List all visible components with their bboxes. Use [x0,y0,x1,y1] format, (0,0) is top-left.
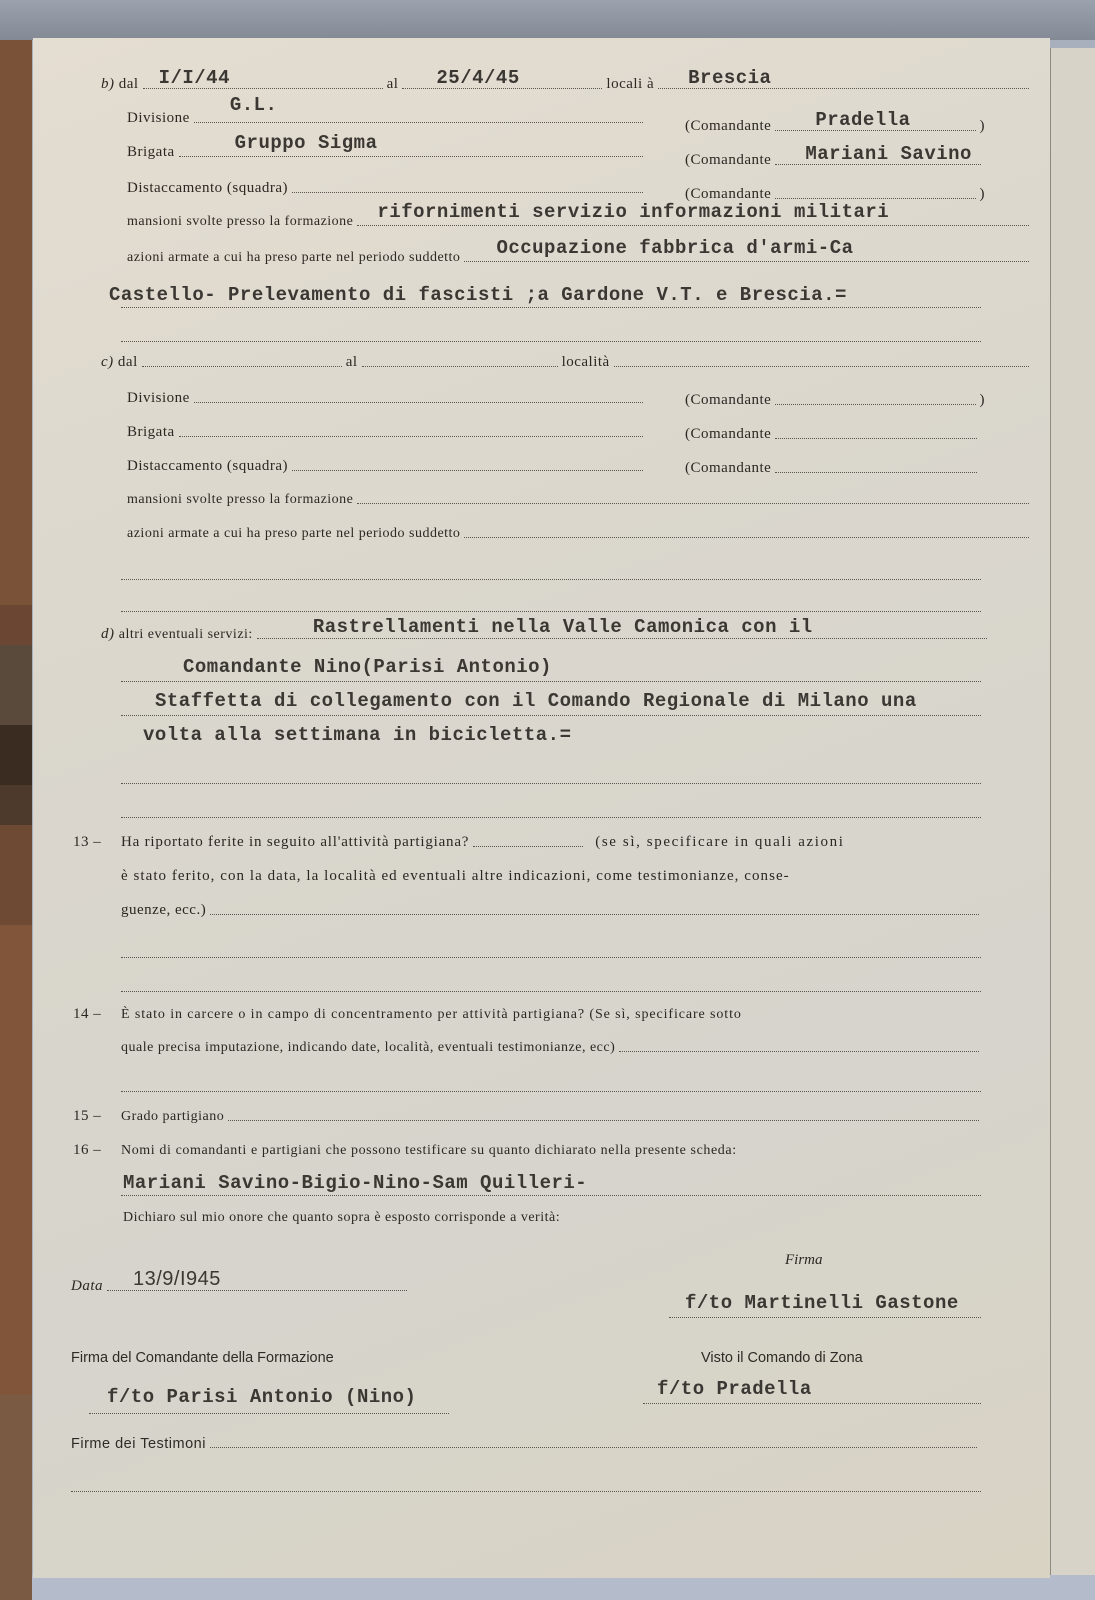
azioni-value-2: Castello- Prelevamento di fascisti ;a Ga… [109,284,847,306]
section-b-distaccamento-row: Distaccamento (squadra) [127,180,647,197]
distaccamento-label: Distaccamento (squadra) [127,180,288,197]
comandante-label: (Comandante [685,152,771,169]
q16-row: 16 – Nomi di comandanti e partigiani che… [73,1142,983,1159]
comandante-label: (Comandante [685,426,771,443]
brigata-label: Brigata [127,144,175,161]
comandante-label: (Comandante [685,460,771,477]
al-field[interactable]: 25/4/45 [402,87,602,89]
section-b-mansioni-row: mansioni svolte presso la formazione rif… [127,214,1033,230]
q14-row-2: quale precisa imputazione, indicando dat… [121,1040,983,1056]
q14-detail-field[interactable] [619,1050,979,1052]
section-c-mansioni-row: mansioni svolte presso la formazione [127,492,1033,508]
firma-label: Firma [785,1252,823,1269]
altri-servizi-rule-6[interactable] [121,816,981,818]
binder-edge [0,40,32,1600]
comandante-formazione-value: f/to Parisi Antonio (Nino) [107,1386,416,1408]
al-value: 25/4/45 [436,67,519,89]
testimoni-field[interactable] [210,1446,977,1448]
distaccamento-comandante-field[interactable] [775,197,975,199]
divisione-label: Divisione [127,390,190,407]
data-row: Data 13/9/I945 [71,1278,411,1295]
section-b-dates-row: b) dal I/I/44 al 25/4/45 locali à Bresci… [101,76,1033,93]
q13-rule-2[interactable] [121,956,981,958]
q13-number: 13 – [73,834,121,851]
comandante-formazione-field[interactable] [89,1412,449,1414]
altri-servizi-rule-2[interactable] [121,680,981,682]
c-azioni-line-2[interactable] [121,578,981,580]
divisione-comandante-row: (Comandante Pradella ) [685,118,985,135]
section-c-brigata-row: Brigata [127,424,647,441]
brigata-label: Brigata [127,424,175,441]
c-divisione-field[interactable] [194,401,643,403]
q14-row-1: 14 – È stato in carcere o in campo di co… [73,1006,983,1023]
distaccamento-field[interactable] [292,191,643,193]
c-distaccamento-comandante-row: (Comandante [685,460,981,477]
dal-label: dal [118,354,138,371]
firma-field[interactable] [669,1316,981,1318]
testimoni-label: Firme dei Testimoni [71,1436,206,1452]
altri-servizi-label: altri eventuali servizi: [119,627,253,643]
brigata-comandante-value: Mariani Savino [805,143,972,165]
locali-label: locali à [606,76,654,93]
altri-servizi-rule-3[interactable] [121,714,981,716]
form-page: b) dal I/I/44 al 25/4/45 locali à Bresci… [33,38,1050,1578]
azioni-label: azioni armate a cui ha preso parte nel p… [127,250,460,266]
section-b-letter: b) [101,76,115,93]
q13-instruction-2: è stato ferito, con la data, la località… [121,868,790,885]
mansioni-label: mansioni svolte presso la formazione [127,214,353,230]
comando-zona-value: f/to Pradella [657,1378,812,1400]
dal-value: I/I/44 [159,67,230,89]
declaration-row: Dichiaro sul mio onore che quanto sopra … [123,1210,985,1226]
q14-number: 14 – [73,1006,121,1023]
comandante-label: (Comandante [685,118,771,135]
azioni-label: azioni armate a cui ha preso parte nel p… [127,526,460,542]
section-b-divisione-row: Divisione G.L. [127,110,647,127]
q14-instruction: quale precisa imputazione, indicando dat… [121,1040,615,1056]
brigata-field[interactable]: Gruppo Sigma [179,155,643,157]
c-distaccamento-comandante-field[interactable] [775,471,977,473]
grado-field[interactable] [228,1119,979,1121]
dal-label: dal [119,76,139,93]
data-label: Data [71,1278,103,1295]
section-c-distaccamento-row: Distaccamento (squadra) [127,458,647,475]
divisione-value: G.L. [230,94,278,116]
c-brigata-comandante-field[interactable] [775,437,977,439]
c-brigata-comandante-row: (Comandante [685,426,981,443]
c-azioni-line-3[interactable] [121,610,981,612]
q15-label: Grado partigiano [121,1109,224,1125]
mansioni-value: rifornimenti servizio informazioni milit… [377,201,889,223]
al-label: al [346,354,358,371]
q14-question: È stato in carcere o in campo di concent… [121,1007,742,1023]
close-paren: ) [980,186,986,203]
q13-row-1: 13 – Ha riportato ferite in seguito all'… [73,834,983,851]
comandante-label: (Comandante [685,392,771,409]
c-mansioni-field[interactable] [357,502,1029,504]
c-brigata-field[interactable] [179,435,643,437]
q13-answer-field[interactable] [473,845,583,847]
distaccamento-label: Distaccamento (squadra) [127,458,288,475]
comando-zona-label: Visto il Comando di Zona [701,1350,863,1366]
q13-instruction-1: (se sì, specificare in quali azioni [595,834,844,851]
altri-servizi-rule-5[interactable] [121,782,981,784]
brigata-comandante-row: (Comandante Mariani Savino [685,152,985,169]
altri-servizi-line-3: Staffetta di collegamento con il Comando… [155,690,917,712]
altri-servizi-line-1: Rastrellamenti nella Valle Camonica con … [313,616,813,638]
c-dal-field[interactable] [142,365,342,367]
q15-row: 15 – Grado partigiano [73,1108,983,1125]
brigata-comandante-field[interactable]: Mariani Savino [775,163,981,165]
azioni-field[interactable]: Occupazione fabbrica d'armi-Ca [464,260,1029,262]
firma-value: f/to Martinelli Gastone [685,1292,959,1314]
locali-value: Brescia [688,67,771,89]
dal-field[interactable]: I/I/44 [143,87,383,89]
section-c-divisione-row: Divisione [127,390,647,407]
close-paren: ) [980,118,986,135]
altri-servizi-line-4: volta alla settimana in bicicletta.= [143,724,571,746]
c-distaccamento-field[interactable] [292,469,643,471]
altri-servizi-field[interactable]: Rastrellamenti nella Valle Camonica con … [257,637,987,639]
c-azioni-field[interactable] [464,536,1029,538]
c-localita-field[interactable] [614,365,1029,367]
locali-field[interactable]: Brescia [658,87,1029,89]
azioni-line-3[interactable] [121,340,981,342]
divisione-comandante-field[interactable]: Pradella [775,129,975,131]
testimoni-rule-2[interactable] [71,1490,981,1492]
section-c-azioni-row: azioni armate a cui ha preso parte nel p… [127,526,1033,542]
divisione-label: Divisione [127,110,190,127]
section-b-azioni-row: azioni armate a cui ha preso parte nel p… [127,250,1033,266]
c-divisione-comandante-field[interactable] [775,403,975,405]
mansioni-label: mansioni svolte presso la formazione [127,492,353,508]
azioni-value-1: Occupazione fabbrica d'armi-Ca [496,237,853,259]
declaration-text: Dichiaro sul mio onore che quanto sopra … [123,1210,560,1226]
q13-detail-field[interactable] [210,913,979,915]
brigata-value: Gruppo Sigma [235,132,378,154]
data-value: 13/9/I945 [133,1268,221,1291]
q13-row-2: è stato ferito, con la data, la località… [121,868,983,885]
azioni-line-2[interactable] [121,306,981,308]
divisione-field[interactable]: G.L. [194,121,643,123]
q16-label: Nomi di comandanti e partigiani che poss… [121,1143,737,1159]
q16-value: Mariani Savino-Bigio-Nino-Sam Quilleri- [123,1172,587,1194]
q13-question: Ha riportato ferite in seguito all'attiv… [121,834,469,851]
q16-rule[interactable] [121,1194,981,1196]
q13-rule-3[interactable] [121,990,981,992]
section-c-letter: c) [101,354,114,371]
c-al-field[interactable] [362,365,558,367]
q13-row-3: guenze, ecc.) [121,902,983,919]
q15-number: 15 – [73,1108,121,1125]
background-cloth-bottom [32,1575,1095,1600]
data-field[interactable]: 13/9/I945 [107,1289,407,1291]
localita-label: località [562,354,610,371]
q16-number: 16 – [73,1142,121,1159]
mansioni-field[interactable]: rifornimenti servizio informazioni milit… [357,224,1029,226]
testimoni-row: Firme dei Testimoni [71,1436,981,1452]
close-paren: ) [980,392,986,409]
section-d-row: d) altri eventuali servizi: Rastrellamen… [101,626,991,643]
q14-rule-2[interactable] [121,1090,981,1092]
comando-zona-field[interactable] [643,1402,981,1404]
divisione-comandante-value: Pradella [815,109,910,131]
al-label: al [387,76,399,93]
comandante-formazione-label: Firma del Comandante della Formazione [71,1350,334,1366]
q13-instruction-3: guenze, ecc.) [121,902,206,919]
altri-servizi-line-2: Comandante Nino(Parisi Antonio) [183,656,552,678]
background-cloth [0,0,1095,40]
section-b-brigata-row: Brigata Gruppo Sigma [127,144,647,161]
c-divisione-comandante-row: (Comandante ) [685,392,985,409]
section-c-dates-row: c) dal al località [101,354,1033,371]
next-page-edge [1050,48,1095,1578]
section-d-letter: d) [101,626,115,643]
